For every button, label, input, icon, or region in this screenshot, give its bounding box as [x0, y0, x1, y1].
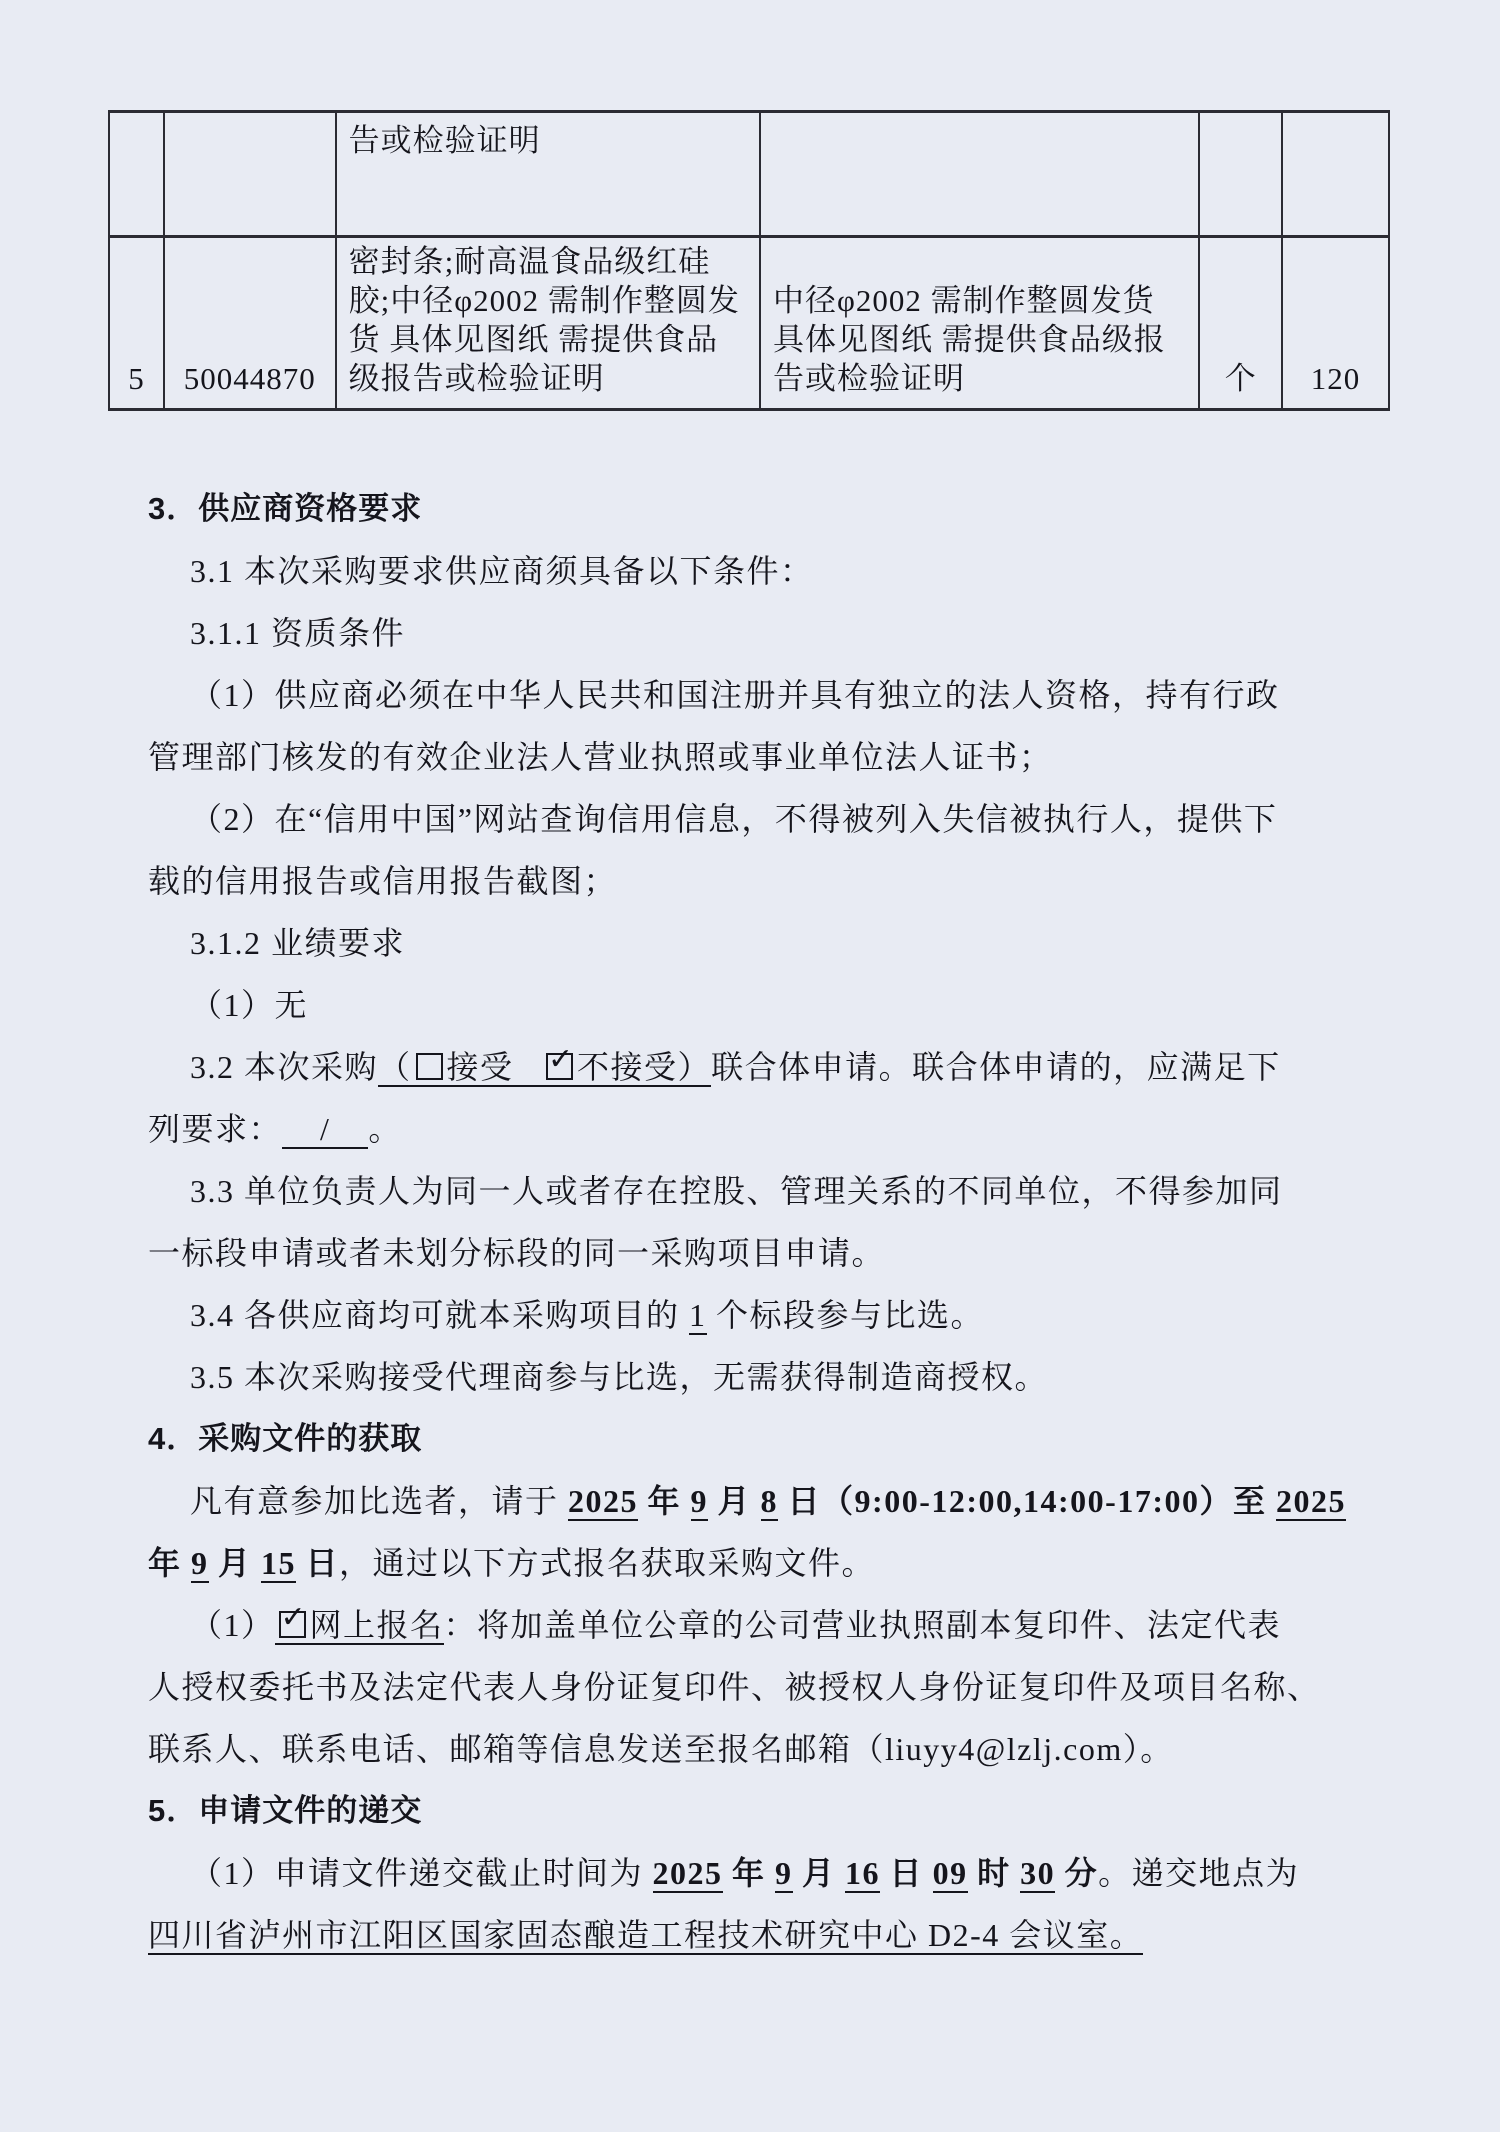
text-run: 3.1.1 资质条件 [190, 615, 405, 651]
text-run: 网上报名 [310, 1607, 444, 1645]
table-cell: 50044870 [164, 237, 336, 410]
doc-line: （1）申请文件递交截止时间为 2025 年 9 月 16 日 09 时 30 分… [148, 1842, 1408, 1904]
section-heading: 5．申请文件的递交 [148, 1780, 1408, 1842]
doc-line: 3.1.1 资质条件 [148, 602, 1408, 664]
text-run: 。递交地点为 [1098, 1855, 1299, 1891]
text-run: 人授权委托书及法定代表人身份证复印件、被授权人身份证复印件及项目名称、 [148, 1669, 1321, 1705]
text-run: 30 [1020, 1855, 1055, 1893]
text-run: （1）供应商必须在中华人民共和国注册并具有独立的法人资格，持有行政 [190, 677, 1280, 713]
check-mark-icon: ✓ [281, 1603, 306, 1633]
text-run: 3.1 本次采购要求供应商须具备以下条件： [190, 553, 814, 589]
items-table: 告或检验证明550044870密封条;耐高温食品级红硅胶;中径φ2002 需制作… [108, 110, 1390, 411]
table-cell [760, 112, 1199, 237]
text-run: 3.5 本次采购接受代理商参与比选，无需获得制造商授权。 [190, 1359, 1048, 1395]
document-page: 告或检验证明550044870密封条;耐高温食品级红硅胶;中径φ2002 需制作… [0, 0, 1500, 2132]
text-run: （1）无 [190, 987, 308, 1023]
text-run: 年 [638, 1483, 691, 1519]
text-run: 月 [708, 1483, 761, 1519]
text-run: 月 [209, 1545, 262, 1581]
text-run: 16 [845, 1855, 880, 1893]
check-mark-icon: ✓ [548, 1045, 573, 1075]
text-run: 2025 [653, 1855, 723, 1893]
doc-line: （1）✓网上报名：将加盖单位公章的公司营业执照副本复印件、法定代表 [148, 1594, 1408, 1656]
doc-line: 联系人、联系电话、邮箱等信息发送至报名邮箱（liuyy4@lzlj.com）。 [148, 1718, 1408, 1780]
document-body: 3．供应商资格要求3.1 本次采购要求供应商须具备以下条件：3.1.1 资质条件… [148, 478, 1408, 1966]
table-row: 550044870密封条;耐高温食品级红硅胶;中径φ2002 需制作整圆发货 具… [109, 237, 1389, 410]
text-run: 4．采购文件的获取 [148, 1421, 422, 1456]
text-run: 2025 [568, 1483, 638, 1521]
text-run: （1） [190, 1607, 275, 1643]
doc-line: 3.1.2 业绩要求 [148, 912, 1408, 974]
text-run: 3.4 各供应商均可就本采购项目的 [190, 1297, 689, 1333]
table-body: 告或检验证明550044870密封条;耐高温食品级红硅胶;中径φ2002 需制作… [109, 112, 1389, 410]
text-run: 个标段参与比选。 [707, 1297, 985, 1333]
text-run: 年 [148, 1545, 191, 1581]
text-run: 载的信用报告或信用报告截图； [148, 863, 617, 899]
text-run: 分 [1055, 1855, 1098, 1891]
table-cell: 120 [1282, 237, 1389, 410]
text-run: ，通过以下方式报名获取采购文件。 [339, 1545, 875, 1581]
text-run: 联合体申请。联合体申请的，应满足下 [711, 1049, 1281, 1085]
text-run: 月 [793, 1855, 846, 1891]
text-run: （2）在“信用中国”网站查询信用信息，不得被列入失信被执行人，提供下 [190, 801, 1277, 837]
text-run: 09 [933, 1855, 968, 1893]
doc-line: 3.3 单位负责人为同一人或者存在控股、管理关系的不同单位，不得参加同 [148, 1160, 1408, 1222]
doc-line: 一标段申请或者未划分标段的同一采购项目申请。 [148, 1222, 1408, 1284]
doc-line: 人授权委托书及法定代表人身份证复印件、被授权人身份证复印件及项目名称、 [148, 1656, 1408, 1718]
doc-line: 3.5 本次采购接受代理商参与比选，无需获得制造商授权。 [148, 1346, 1408, 1408]
doc-line: 3.1 本次采购要求供应商须具备以下条件： [148, 540, 1408, 602]
text-run: 2025 [1276, 1483, 1346, 1521]
checkbox-checked-box: ✓ [279, 1611, 306, 1638]
text-run: （ [378, 1049, 412, 1087]
doc-line: 年 9 月 15 日，通过以下方式报名获取采购文件。 [148, 1532, 1408, 1594]
text-run: 8 [761, 1483, 779, 1521]
checkbox-checked-icon: ✓ [542, 1049, 577, 1087]
text-run: 联系人、联系电话、邮箱等信息发送至报名邮箱（liuyy4@lzlj.com）。 [148, 1731, 1174, 1767]
checkbox-checked-icon: ✓ [275, 1607, 310, 1645]
doc-line: （1）供应商必须在中华人民共和国注册并具有独立的法人资格，持有行政 [148, 664, 1408, 726]
table-row: 告或检验证明 [109, 112, 1389, 237]
checkbox-unchecked-icon [412, 1049, 447, 1087]
doc-line: 3.2 本次采购（接受 ✓不接受）联合体申请。联合体申请的，应满足下 [148, 1036, 1408, 1098]
checkbox-unchecked-box [416, 1053, 443, 1080]
doc-line: 四川省泸州市江阳区国家固态酿造工程技术研究中心 D2-4 会议室。 [148, 1904, 1408, 1966]
table-cell [1199, 112, 1282, 237]
text-run: 9 [191, 1545, 209, 1583]
text-run: （1）申请文件递交截止时间为 [190, 1855, 653, 1891]
doc-line: 载的信用报告或信用报告截图； [148, 850, 1408, 912]
text-run: 9 [775, 1855, 793, 1893]
table-cell: 5 [109, 237, 164, 410]
text-run: 3.2 本次采购 [190, 1049, 378, 1085]
table-cell: 密封条;耐高温食品级红硅胶;中径φ2002 需制作整圆发货 具体见图纸 需提供食… [336, 237, 760, 410]
text-run: / [282, 1111, 368, 1149]
text-run: 9 [691, 1483, 709, 1521]
text-run: 一标段申请或者未划分标段的同一采购项目申请。 [148, 1235, 885, 1271]
text-run: 15 [261, 1545, 296, 1583]
checkbox-checked-box: ✓ [546, 1053, 573, 1080]
text-run [514, 1049, 543, 1087]
text-run: 四川省泸州市江阳区国家固态酿造工程技术研究中心 D2-4 会议室。 [148, 1917, 1143, 1955]
text-run: 3．供应商资格要求 [148, 491, 422, 526]
text-run: 3.1.2 业绩要求 [190, 925, 405, 961]
text-run: 日（9:00-12:00,14:00-17:00）至 [778, 1483, 1276, 1519]
table-cell: 个 [1199, 237, 1282, 410]
section-heading: 3．供应商资格要求 [148, 478, 1408, 540]
text-run: 凡有意参加比选者，请于 [190, 1483, 568, 1519]
doc-line: 管理部门核发的有效企业法人营业执照或事业单位法人证书； [148, 726, 1408, 788]
text-run: 接受 [447, 1049, 514, 1087]
table-cell: 告或检验证明 [336, 112, 760, 237]
doc-line: 列要求： / 。 [148, 1098, 1408, 1160]
table-cell [109, 112, 164, 237]
text-run: ：将加盖单位公章的公司营业执照副本复印件、法定代表 [444, 1607, 1282, 1643]
table-cell [1282, 112, 1389, 237]
doc-line: （1）无 [148, 974, 1408, 1036]
text-run: 列要求： [148, 1111, 282, 1147]
table-cell [164, 112, 336, 237]
section-heading: 4．采购文件的获取 [148, 1408, 1408, 1470]
text-run: 时 [968, 1855, 1021, 1891]
text-run: 3.3 单位负责人为同一人或者存在控股、管理关系的不同单位，不得参加同 [190, 1173, 1283, 1209]
text-run: 5．申请文件的递交 [148, 1793, 422, 1828]
text-run: 日 [880, 1855, 933, 1891]
doc-line: 3.4 各供应商均可就本采购项目的 1 个标段参与比选。 [148, 1284, 1408, 1346]
doc-line: （2）在“信用中国”网站查询信用信息，不得被列入失信被执行人，提供下 [148, 788, 1408, 850]
text-run: 管理部门核发的有效企业法人营业执照或事业单位法人证书； [148, 739, 1053, 775]
text-run: 。 [368, 1111, 402, 1147]
text-run: 日 [296, 1545, 339, 1581]
doc-line: 凡有意参加比选者，请于 2025 年 9 月 8 日（9:00-12:00,14… [148, 1470, 1408, 1532]
text-run: 年 [723, 1855, 776, 1891]
table-cell: 中径φ2002 需制作整圆发货 具体见图纸 需提供食品级报告或检验证明 [760, 237, 1199, 410]
text-run: 1 [689, 1297, 707, 1335]
text-run: 不接受） [577, 1049, 711, 1087]
